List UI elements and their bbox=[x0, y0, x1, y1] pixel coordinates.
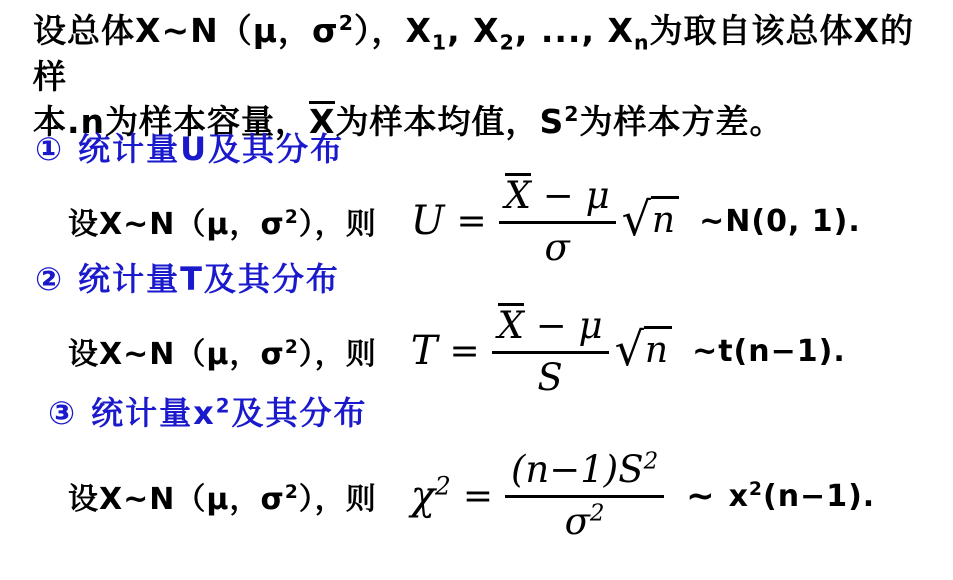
formula-u: U = X − μ σ √n bbox=[377, 173, 679, 269]
x2-subscript: 2 bbox=[500, 31, 515, 55]
formula-chi: χ2 = (n−1)S2 σ2 bbox=[377, 449, 664, 543]
numerator-chi: (n−1)S2 bbox=[505, 449, 664, 498]
xn-subscript: n bbox=[634, 31, 650, 55]
tilde-symbol: ~ bbox=[686, 476, 715, 516]
t-symbol: T bbox=[411, 328, 438, 374]
radical-icon: √ bbox=[615, 326, 644, 372]
fraction-chi: (n−1)S2 σ2 bbox=[505, 449, 664, 543]
chi-symbol: χ2 bbox=[411, 473, 451, 519]
numerator-t: X − μ bbox=[492, 303, 609, 354]
circled-two-icon: ② bbox=[35, 260, 62, 298]
distribution-chi: x2(n−1). bbox=[729, 479, 876, 514]
sqrt-n: √n bbox=[622, 198, 680, 244]
distribution-t: ~t(n−1). bbox=[692, 334, 846, 369]
sqrt-n: √n bbox=[615, 328, 673, 374]
numerator-u: X − μ bbox=[499, 173, 616, 224]
circled-three-icon: ③ bbox=[48, 394, 75, 432]
given-condition-u: 设X~N（μ，σ2），则 bbox=[68, 199, 377, 243]
formula-t: T = X − μ S √n bbox=[377, 303, 672, 399]
fraction-u: X − μ σ bbox=[499, 173, 616, 269]
section-heading-chi: ③统计量x2及其分布 bbox=[48, 388, 368, 434]
denominator-chi: σ2 bbox=[565, 498, 605, 544]
x1-subscript: 1 bbox=[432, 31, 447, 55]
sigma-squared-sup: 2 bbox=[339, 11, 354, 35]
given-condition-t: 设X~N（μ，σ2），则 bbox=[68, 329, 377, 373]
lecture-slide: 设总体X~N（μ，σ2），X1, X2, ..., Xn为取自该总体X的样 本.… bbox=[0, 0, 953, 580]
x-bar-symbol: X bbox=[498, 303, 524, 346]
equals-sign: = bbox=[449, 331, 479, 372]
heading-chi-label: 统计量x2及其分布 bbox=[91, 394, 367, 432]
denominator-u: σ bbox=[545, 224, 570, 270]
s-squared-sup: 2 bbox=[564, 102, 579, 126]
formula-row-chi: 设X~N（μ，σ2），则 χ2 = (n−1)S2 σ2 ~ x2(n−1). bbox=[68, 436, 875, 556]
distribution-u: ~N(0, 1). bbox=[699, 204, 861, 239]
radical-icon: √ bbox=[622, 196, 651, 242]
circled-one-icon: ① bbox=[35, 130, 62, 168]
equals-sign: = bbox=[457, 201, 487, 242]
denominator-t: S bbox=[537, 354, 562, 400]
given-condition-chi: 设X~N（μ，σ2），则 bbox=[68, 474, 377, 518]
intro-line1-text: 设总体X~N（μ，σ2），X1, X2, ..., Xn为取自该总体X的样 bbox=[33, 11, 914, 96]
u-symbol: U bbox=[411, 198, 445, 244]
fraction-t: X − μ S bbox=[492, 303, 609, 399]
x-bar-symbol: X bbox=[505, 173, 531, 216]
equals-sign: = bbox=[463, 476, 493, 517]
